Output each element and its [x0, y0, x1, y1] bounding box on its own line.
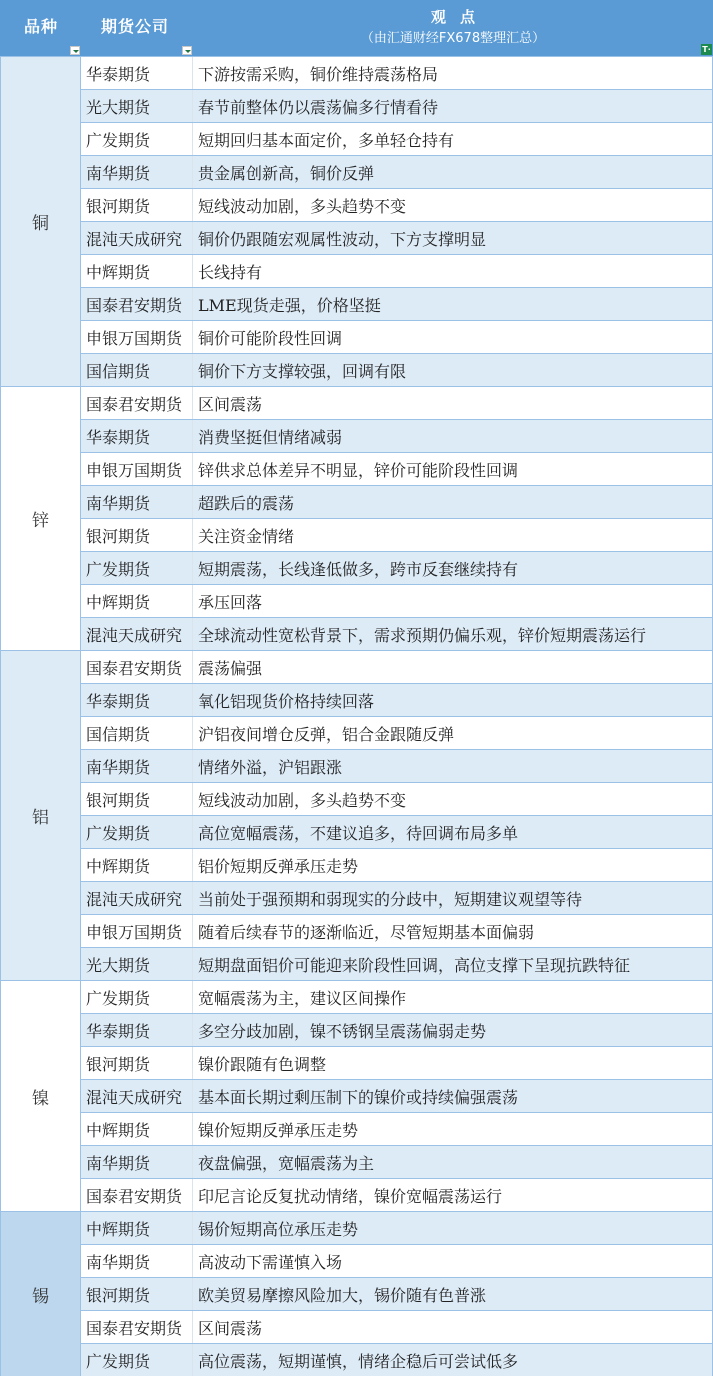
table-row: 南华期货情绪外溢，沪铝跟涨: [81, 749, 713, 782]
view-cell[interactable]: 消费坚挺但情绪减弱: [193, 420, 713, 452]
view-cell[interactable]: 短期震荡，长线逢低做多，跨市反套继续持有: [193, 552, 713, 584]
metal-group: 铜华泰期货下游按需采购，铜价维持震荡格局光大期货春节前整体仍以震荡偏多行情看待广…: [0, 56, 713, 386]
metal-group: 铝国泰君安期货震荡偏强华泰期货氧化铝现货价格持续回落国信期货沪铝夜间增仓反弹，铝…: [0, 650, 713, 980]
table-row: 广发期货短期回归基本面定价，多单轻仓持有: [81, 122, 713, 155]
view-cell[interactable]: 铜价仍跟随宏观属性波动，下方支撑明显: [193, 222, 713, 254]
filter-dropdown-icon[interactable]: [70, 46, 80, 55]
table-body: 铜华泰期货下游按需采购，铜价维持震荡格局光大期货春节前整体仍以震荡偏多行情看待广…: [0, 56, 713, 1376]
table-row: 混沌天成研究当前处于强预期和弱现实的分歧中，短期建议观望等待: [81, 881, 713, 914]
table-row: 南华期货超跌后的震荡: [81, 485, 713, 518]
company-cell[interactable]: 广发期货: [81, 981, 193, 1013]
company-cell[interactable]: 国泰君安期货: [81, 1179, 193, 1211]
table-row: 南华期货贵金属创新高，铜价反弹: [81, 155, 713, 188]
table-row: 国泰君安期货区间震荡: [81, 387, 713, 419]
company-cell[interactable]: 华泰期货: [81, 420, 193, 452]
view-cell[interactable]: 当前处于强预期和弱现实的分歧中，短期建议观望等待: [193, 882, 713, 914]
table-row: 银河期货欧美贸易摩擦风险加大，锡价随有色普涨: [81, 1277, 713, 1310]
metal-group: 镍广发期货宽幅震荡为主，建议区间操作华泰期货多空分歧加剧，镍不锈钢呈震荡偏弱走势…: [0, 980, 713, 1211]
table-row: 中辉期货镍价短期反弹承压走势: [81, 1112, 713, 1145]
company-cell[interactable]: 广发期货: [81, 816, 193, 848]
view-cell[interactable]: 多空分歧加剧，镍不锈钢呈震荡偏弱走势: [193, 1014, 713, 1046]
header-company: 期货公司: [81, 0, 193, 56]
company-cell[interactable]: 中辉期货: [81, 1212, 193, 1244]
table-row: 南华期货夜盘偏强，宽幅震荡为主: [81, 1145, 713, 1178]
table-row: 银河期货短线波动加剧，多头趋势不变: [81, 782, 713, 815]
company-cell[interactable]: 申银万国期货: [81, 915, 193, 947]
company-cell[interactable]: 广发期货: [81, 1344, 193, 1376]
table-row: 中辉期货锡价短期高位承压走势: [81, 1212, 713, 1244]
company-cell[interactable]: 华泰期货: [81, 1014, 193, 1046]
table-row: 混沌天成研究基本面长期过剩压制下的镍价或持续偏强震荡: [81, 1079, 713, 1112]
company-cell[interactable]: 国信期货: [81, 354, 193, 386]
company-cell[interactable]: 广发期货: [81, 123, 193, 155]
table-row: 光大期货春节前整体仍以震荡偏多行情看待: [81, 89, 713, 122]
table-row: 光大期货短期盘面铝价可能迎来阶段性回调，高位支撑下呈现抗跌特征: [81, 947, 713, 980]
view-cell[interactable]: 长线持有: [193, 255, 713, 287]
view-cell[interactable]: 超跌后的震荡: [193, 486, 713, 518]
group-rows: 广发期货宽幅震荡为主，建议区间操作华泰期货多空分歧加剧，镍不锈钢呈震荡偏弱走势银…: [81, 981, 713, 1211]
view-cell[interactable]: 短期盘面铝价可能迎来阶段性回调，高位支撑下呈现抗跌特征: [193, 948, 713, 980]
company-cell[interactable]: 混沌天成研究: [81, 222, 193, 254]
table-row: 广发期货高位震荡，短期谨慎，情绪企稳后可尝试低多: [81, 1343, 713, 1376]
company-cell[interactable]: 南华期货: [81, 1245, 193, 1277]
company-cell[interactable]: 银河期货: [81, 1278, 193, 1310]
view-cell[interactable]: 区间震荡: [193, 387, 713, 419]
view-cell[interactable]: 高波动下需谨慎入场: [193, 1245, 713, 1277]
company-cell[interactable]: 混沌天成研究: [81, 1080, 193, 1112]
company-cell[interactable]: 南华期货: [81, 156, 193, 188]
table-row: 国泰君安期货印尼言论反复扰动情绪，镍价宽幅震荡运行: [81, 1178, 713, 1211]
view-cell[interactable]: 承压回落: [193, 585, 713, 617]
header-view: 观点 （由汇通财经FX678整理汇总） T·: [193, 0, 713, 56]
company-cell[interactable]: 南华期货: [81, 486, 193, 518]
view-cell[interactable]: 锡价短期高位承压走势: [193, 1212, 713, 1244]
table-row: 国泰君安期货区间震荡: [81, 1310, 713, 1343]
view-cell[interactable]: 镍价短期反弹承压走势: [193, 1113, 713, 1145]
group-rows: 国泰君安期货震荡偏强华泰期货氧化铝现货价格持续回落国信期货沪铝夜间增仓反弹，铝合…: [81, 651, 713, 980]
company-cell[interactable]: 中辉期货: [81, 585, 193, 617]
view-cell[interactable]: 情绪外溢，沪铝跟涨: [193, 750, 713, 782]
view-cell[interactable]: 高位震荡，短期谨慎，情绪企稳后可尝试低多: [193, 1344, 713, 1376]
view-cell[interactable]: 氧化铝现货价格持续回落: [193, 684, 713, 716]
view-cell[interactable]: 震荡偏强: [193, 651, 713, 683]
table-header: 品种 期货公司 观点 （由汇通财经FX678整理汇总） T·: [0, 0, 713, 56]
view-cell[interactable]: 沪铝夜间增仓反弹，铝合金跟随反弹: [193, 717, 713, 749]
table-row: 华泰期货氧化铝现货价格持续回落: [81, 683, 713, 716]
view-cell[interactable]: 短线波动加剧，多头趋势不变: [193, 783, 713, 815]
company-cell[interactable]: 混沌天成研究: [81, 882, 193, 914]
company-cell[interactable]: 中辉期货: [81, 255, 193, 287]
table-row: 混沌天成研究铜价仍跟随宏观属性波动，下方支撑明显: [81, 221, 713, 254]
view-cell[interactable]: 锌供求总体差异不明显，锌价可能阶段性回调: [193, 453, 713, 485]
table-row: 混沌天成研究全球流动性宽松背景下，需求预期仍偏乐观，锌价短期震荡运行: [81, 617, 713, 650]
view-cell[interactable]: 基本面长期过剩压制下的镍价或持续偏强震荡: [193, 1080, 713, 1112]
view-cell[interactable]: 铝价短期反弹承压走势: [193, 849, 713, 881]
view-cell[interactable]: LME现货走强，价格坚挺: [193, 288, 713, 320]
table-row: 广发期货宽幅震荡为主，建议区间操作: [81, 981, 713, 1013]
view-cell[interactable]: 印尼言论反复扰动情绪，镍价宽幅震荡运行: [193, 1179, 713, 1211]
header-view-title: 观点: [193, 6, 713, 27]
view-cell[interactable]: 关注资金情绪: [193, 519, 713, 551]
company-cell[interactable]: 光大期货: [81, 90, 193, 122]
header-view-subtitle: （由汇通财经FX678整理汇总）: [193, 27, 713, 46]
company-cell[interactable]: 银河期货: [81, 189, 193, 221]
header-variety: 品种: [0, 0, 81, 56]
table-row: 国泰君安期货LME现货走强，价格坚挺: [81, 287, 713, 320]
company-cell[interactable]: 南华期货: [81, 1146, 193, 1178]
company-cell[interactable]: 光大期货: [81, 948, 193, 980]
company-cell[interactable]: 申银万国期货: [81, 321, 193, 353]
company-cell[interactable]: 中辉期货: [81, 1113, 193, 1145]
table-row: 中辉期货承压回落: [81, 584, 713, 617]
header-company-label: 期货公司: [101, 14, 169, 37]
table-row: 国信期货沪铝夜间增仓反弹，铝合金跟随反弹: [81, 716, 713, 749]
group-rows: 国泰君安期货区间震荡华泰期货消费坚挺但情绪减弱申银万国期货锌供求总体差异不明显，…: [81, 387, 713, 650]
table-row: 南华期货高波动下需谨慎入场: [81, 1244, 713, 1277]
view-cell[interactable]: 铜价下方支撑较强，回调有限: [193, 354, 713, 386]
view-cell[interactable]: 春节前整体仍以震荡偏多行情看待: [193, 90, 713, 122]
metal-cell[interactable]: 锌: [0, 387, 81, 650]
view-cell[interactable]: 贵金属创新高，铜价反弹: [193, 156, 713, 188]
company-cell[interactable]: 中辉期货: [81, 849, 193, 881]
table-row: 银河期货短线波动加剧，多头趋势不变: [81, 188, 713, 221]
table-row: 华泰期货多空分歧加剧，镍不锈钢呈震荡偏弱走势: [81, 1013, 713, 1046]
table-row: 华泰期货消费坚挺但情绪减弱: [81, 419, 713, 452]
view-cell[interactable]: 欧美贸易摩擦风险加大，锡价随有色普涨: [193, 1278, 713, 1310]
company-cell[interactable]: 南华期货: [81, 750, 193, 782]
filter-active-icon[interactable]: T·: [701, 44, 712, 55]
group-rows: 中辉期货锡价短期高位承压走势南华期货高波动下需谨慎入场银河期货欧美贸易摩擦风险加…: [81, 1212, 713, 1376]
company-cell[interactable]: 国泰君安期货: [81, 1311, 193, 1343]
view-cell[interactable]: 夜盘偏强，宽幅震荡为主: [193, 1146, 713, 1178]
company-cell[interactable]: 银河期货: [81, 783, 193, 815]
table-row: 银河期货关注资金情绪: [81, 518, 713, 551]
company-cell[interactable]: 申银万国期货: [81, 453, 193, 485]
company-cell[interactable]: 国泰君安期货: [81, 387, 193, 419]
company-cell[interactable]: 国信期货: [81, 717, 193, 749]
view-cell[interactable]: 镍价跟随有色调整: [193, 1047, 713, 1079]
company-cell[interactable]: 混沌天成研究: [81, 618, 193, 650]
view-cell[interactable]: 宽幅震荡为主，建议区间操作: [193, 981, 713, 1013]
table-row: 中辉期货长线持有: [81, 254, 713, 287]
table-row: 华泰期货下游按需采购，铜价维持震荡格局: [81, 57, 713, 89]
table-row: 银河期货镍价跟随有色调整: [81, 1046, 713, 1079]
futures-views-table: 品种 期货公司 观点 （由汇通财经FX678整理汇总） T· 铜华泰期货下游按需…: [0, 0, 713, 1376]
table-row: 申银万国期货随着后续春节的逐渐临近，尽管短期基本面偏弱: [81, 914, 713, 947]
table-row: 广发期货高位宽幅震荡，不建议追多，待回调布局多单: [81, 815, 713, 848]
view-cell[interactable]: 铜价可能阶段性回调: [193, 321, 713, 353]
company-cell[interactable]: 国泰君安期货: [81, 651, 193, 683]
company-cell[interactable]: 华泰期货: [81, 57, 193, 89]
company-cell[interactable]: 国泰君安期货: [81, 288, 193, 320]
header-variety-label: 品种: [24, 14, 58, 37]
view-cell[interactable]: 区间震荡: [193, 1311, 713, 1343]
metal-cell[interactable]: 铝: [0, 651, 81, 980]
table-row: 申银万国期货铜价可能阶段性回调: [81, 320, 713, 353]
metal-group: 锡中辉期货锡价短期高位承压走势南华期货高波动下需谨慎入场银河期货欧美贸易摩擦风险…: [0, 1211, 713, 1376]
view-cell[interactable]: 短期回归基本面定价，多单轻仓持有: [193, 123, 713, 155]
table-row: 广发期货短期震荡，长线逢低做多，跨市反套继续持有: [81, 551, 713, 584]
view-cell[interactable]: 随着后续春节的逐渐临近，尽管短期基本面偏弱: [193, 915, 713, 947]
view-cell[interactable]: 短线波动加剧，多头趋势不变: [193, 189, 713, 221]
filter-dropdown-icon[interactable]: [182, 46, 192, 55]
view-cell[interactable]: 下游按需采购，铜价维持震荡格局: [193, 57, 713, 89]
view-cell[interactable]: 全球流动性宽松背景下，需求预期仍偏乐观，锌价短期震荡运行: [193, 618, 713, 650]
table-row: 国泰君安期货震荡偏强: [81, 651, 713, 683]
table-row: 中辉期货铝价短期反弹承压走势: [81, 848, 713, 881]
metal-cell[interactable]: 镍: [0, 981, 81, 1211]
metal-cell[interactable]: 铜: [0, 57, 81, 386]
company-cell[interactable]: 银河期货: [81, 1047, 193, 1079]
table-row: 申银万国期货锌供求总体差异不明显，锌价可能阶段性回调: [81, 452, 713, 485]
group-rows: 华泰期货下游按需采购，铜价维持震荡格局光大期货春节前整体仍以震荡偏多行情看待广发…: [81, 57, 713, 386]
company-cell[interactable]: 广发期货: [81, 552, 193, 584]
view-cell[interactable]: 高位宽幅震荡，不建议追多，待回调布局多单: [193, 816, 713, 848]
company-cell[interactable]: 华泰期货: [81, 684, 193, 716]
company-cell[interactable]: 银河期货: [81, 519, 193, 551]
metal-group: 锌国泰君安期货区间震荡华泰期货消费坚挺但情绪减弱申银万国期货锌供求总体差异不明显…: [0, 386, 713, 650]
metal-cell[interactable]: 锡: [0, 1212, 81, 1376]
table-row: 国信期货铜价下方支撑较强，回调有限: [81, 353, 713, 386]
